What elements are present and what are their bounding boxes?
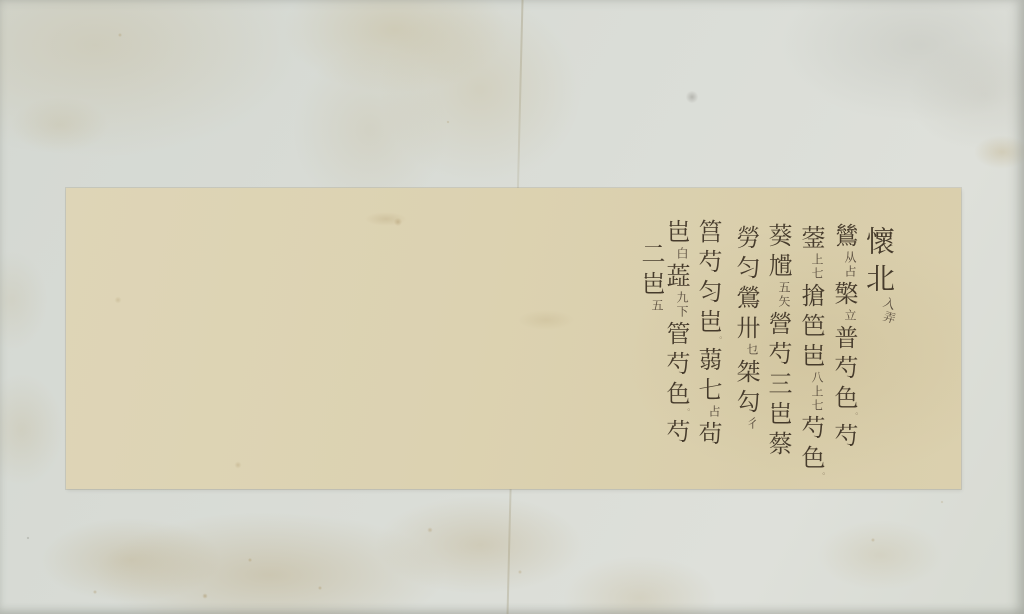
tablature-glyph: 蓥: [799, 225, 823, 249]
tablature-glyph: 乜: [746, 343, 758, 355]
tablature-glyph: 上: [811, 385, 823, 397]
tablature-glyph: 九: [676, 291, 688, 303]
tablature-glyph: 芍: [664, 351, 688, 375]
tablature-glyph: 筥: [696, 219, 720, 243]
tablature-column-5: 勞匀鶯卅乜桀勾彳: [724, 222, 758, 430]
tablature-glyph: 占: [844, 265, 856, 277]
title-column: 懷北入弄: [859, 222, 893, 324]
tablature-glyph: 芍: [766, 341, 790, 365]
tablature-column-2: 鷥从占檠立普芍色。芍: [822, 220, 856, 450]
phrase-dot-mark: 。: [682, 408, 690, 416]
tablature-glyph: 岜: [799, 343, 823, 367]
tablature-glyph: 色: [664, 381, 688, 405]
album-leaf-paper: 懷北入弄鷥从占檠立普芍色。芍蓥上七搶笆岜八上七芍色。葵尳五矢營芍三岜蔡勞匀鶯卅乜…: [66, 188, 961, 489]
manuscript-scan: 懷北入弄鷥从占檠立普芍色。芍蓥上七搶笆岜八上七芍色。葵尳五矢營芍三岜蔡勞匀鶯卅乜…: [0, 0, 1024, 614]
tablature-glyph: 勞: [734, 225, 758, 249]
tablature-glyph: 七: [811, 267, 823, 279]
tablature-glyph: 彳: [746, 417, 758, 429]
tablature-glyph: 笆: [799, 313, 823, 337]
tablature-glyph: 岜: [664, 219, 688, 243]
tablature-glyph: 匀: [734, 255, 758, 279]
tablature-glyph: 匀: [696, 279, 720, 303]
tablature-glyph: 白: [676, 247, 688, 259]
tablature-glyph: 二: [639, 241, 663, 265]
tablature-glyph: 岜: [696, 309, 720, 333]
tablature-glyph: 蔡: [766, 431, 790, 455]
tablature-glyph: 勾: [734, 389, 758, 413]
tablature-glyph: 五: [778, 281, 790, 293]
tablature-glyph: 上: [811, 253, 823, 265]
tablature-glyph: 芍: [664, 419, 688, 443]
tablature-glyph: 懷: [864, 226, 893, 255]
tablature-glyph: 管: [664, 321, 688, 345]
tablature-glyph: 从: [844, 251, 856, 263]
tablature-column-4: 葵尳五矢營芍三岜蔡: [756, 220, 790, 458]
tablature-glyph: 五: [651, 299, 663, 311]
tablature-glyph: 芍: [696, 249, 720, 273]
tablature-glyph: 七: [811, 399, 823, 411]
tablature-glyph: 矢: [778, 295, 790, 307]
tablature-glyph: 北: [864, 263, 893, 292]
tablature-column-3: 蓥上七搶笆岜八上七芍色。: [789, 222, 823, 480]
tablature-glyph: 色: [799, 445, 823, 469]
tablature-glyph: 岜: [766, 401, 790, 425]
tablature-glyph: 卅: [734, 315, 758, 339]
tablature-glyph: 岜: [639, 271, 663, 295]
tablature-glyph: 立: [844, 309, 856, 321]
tablature-glyph: 葵: [766, 223, 790, 247]
tablature-glyph: 芍: [799, 415, 823, 439]
tablature-glyph: 鶯: [734, 285, 758, 309]
phrase-dot-mark: 。: [817, 472, 825, 480]
tablature-glyph: 芍: [832, 423, 856, 447]
tablature-glyph: 色: [832, 385, 856, 409]
tablature-glyph: 尳: [766, 253, 790, 277]
tablature-glyph: 蕋: [664, 263, 688, 287]
tablature-glyph: 營: [766, 311, 790, 335]
tablature-glyph: 弄: [881, 309, 896, 324]
tablature-glyph: 檠: [832, 281, 856, 305]
tablature-glyph: 蒻: [696, 347, 720, 371]
tablature-glyph: 芍: [832, 355, 856, 379]
tablature-glyph: 桀: [734, 359, 758, 383]
tablature-glyph: 三: [766, 371, 790, 395]
tablature-glyph: 茍: [696, 421, 720, 445]
phrase-dot-mark: 。: [850, 412, 858, 420]
tablature-glyph: 下: [676, 305, 688, 317]
tablature-column-8: 二岜五: [629, 238, 663, 312]
tablature-glyph: 鷥: [832, 223, 856, 247]
tablature-column-6: 筥芍匀岜。蒻七占茍: [686, 216, 720, 448]
tablature-glyph: 搶: [799, 283, 823, 307]
tablature-glyph: 八: [811, 371, 823, 383]
tablature-glyph: 普: [832, 325, 856, 349]
tablature-glyph: 七: [696, 377, 720, 401]
phrase-dot-mark: 。: [714, 336, 722, 344]
tablature-glyph: 占: [708, 405, 720, 417]
